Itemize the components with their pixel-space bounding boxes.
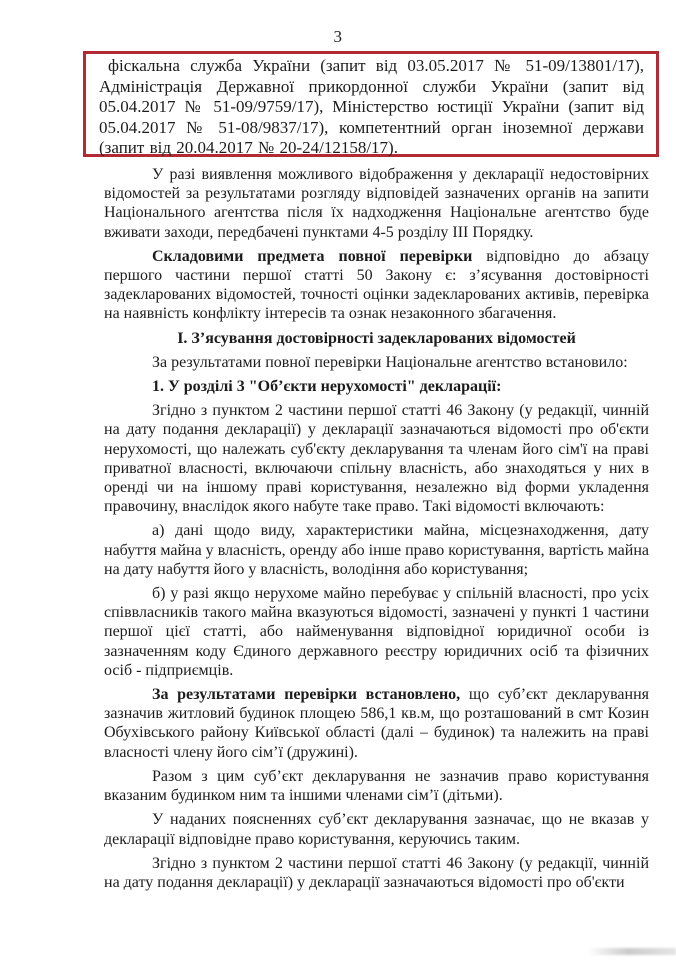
paragraph-findings-bold-lead: За результатами перевірки встановлено, xyxy=(152,686,460,703)
paragraph-explanations: У наданих поясненнях суб’єкт декларуванн… xyxy=(104,810,649,848)
paragraph-item-a: а) дані щодо виду, характеристики майна,… xyxy=(104,521,649,579)
scan-artifact-smudge xyxy=(588,948,676,955)
paragraph-item-b: б) у разі якщо нерухоме майно перебуває … xyxy=(104,584,649,680)
page-number: 3 xyxy=(0,27,676,47)
red-highlight-box: фіскальна служба України (запит від 03.0… xyxy=(83,51,659,157)
document-body: У разі виявлення можливого відображення … xyxy=(104,165,649,897)
subsection-heading-real-estate: 1. У розділі 3 "Об’єкти нерухомості" дек… xyxy=(104,377,649,396)
paragraph-measures: У разі виявлення можливого відображення … xyxy=(104,165,649,242)
paragraph-findings: За результатами перевірки встановлено, щ… xyxy=(104,685,649,762)
paragraph-law-article-46: Згідно з пунктом 2 частини першої статті… xyxy=(104,401,649,516)
paragraph-scope: Складовими предмета повної перевірки від… xyxy=(104,247,649,324)
paragraph-results-intro: За результатами повної перевірки Націона… xyxy=(104,353,649,372)
scanned-document-page: 3 фіскальна служба України (запит від 03… xyxy=(0,0,676,960)
paragraph-law-article-46-repeat: Згідно з пунктом 2 частини першої статті… xyxy=(104,854,649,892)
paragraph-scope-bold-lead: Складовими предмета повної перевірки xyxy=(152,248,472,265)
highlighted-paragraph: фіскальна служба України (запит від 03.0… xyxy=(99,56,644,159)
section-heading: І. З’ясування достовірності задекларован… xyxy=(104,329,649,348)
paragraph-not-indicated: Разом з цим суб’єкт декларування не зазн… xyxy=(104,767,649,805)
